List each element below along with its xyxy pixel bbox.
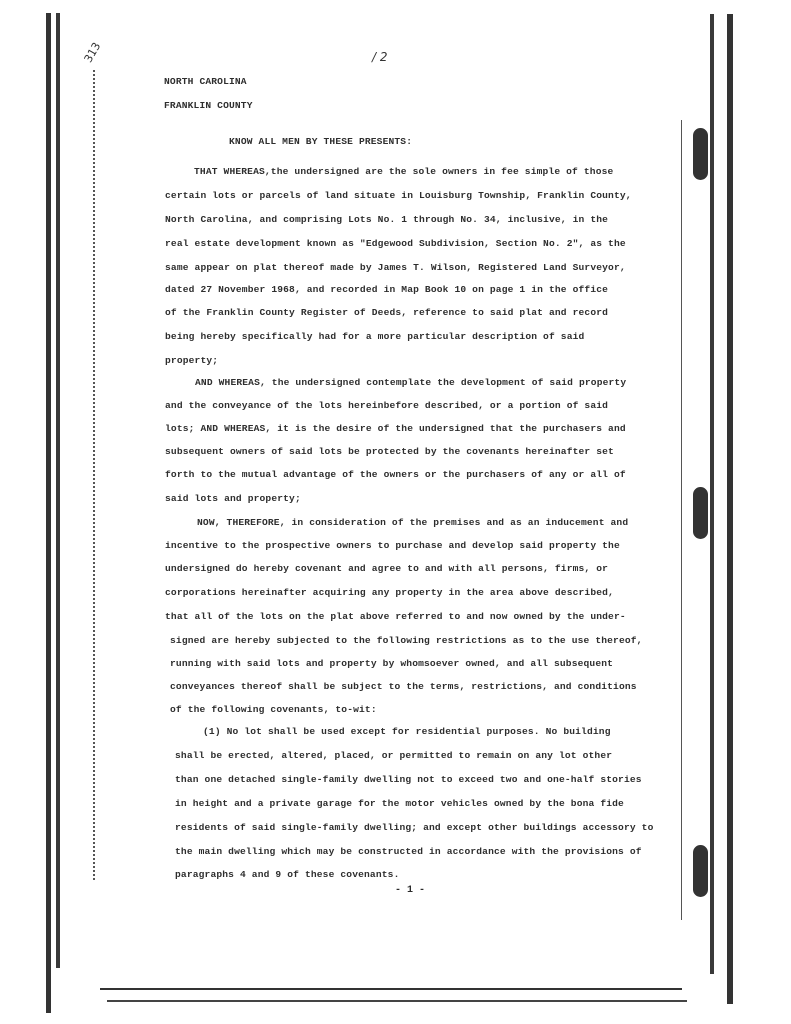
body-line: THAT WHEREAS,the undersigned are the sol… <box>194 166 613 177</box>
body-line: of the Franklin County Register of Deeds… <box>165 307 608 318</box>
covenant-1-line: shall be erected, altered, placed, or pe… <box>175 750 612 761</box>
body-line: subsequent owners of said lots be protec… <box>165 446 614 457</box>
body-line: property; <box>165 355 218 366</box>
body-line: running with said lots and property by w… <box>170 658 613 669</box>
body-line: lots; AND WHEREAS, it is the desire of t… <box>165 423 626 434</box>
body-line: that all of the lots on the plat above r… <box>165 611 626 622</box>
body-line: North Carolina, and comprising Lots No. … <box>165 214 608 225</box>
page-edge-right <box>681 120 682 920</box>
body-line: real estate development known as "Edgewo… <box>165 238 626 249</box>
page-number: - 1 - <box>395 885 425 896</box>
page-edge-left <box>93 70 95 880</box>
body-line: NOW, THEREFORE, in consideration of the … <box>197 517 628 528</box>
scanned-document-page: 313 / 2 NORTH CAROLINA FRANKLIN COUNTY K… <box>0 0 791 1024</box>
body-line: said lots and property; <box>165 493 301 504</box>
handwritten-page-mark: / 2 <box>372 50 388 64</box>
scan-border-right <box>727 14 733 1004</box>
punch-hole-mark <box>693 487 708 539</box>
covenant-1-line: (1) No lot shall be used except for resi… <box>203 726 611 737</box>
covenant-1-line: residents of said single-family dwelling… <box>175 822 653 833</box>
scan-border-left-inner <box>56 13 60 968</box>
covenant-1-line: the main dwelling which may be construct… <box>175 846 642 857</box>
body-line: being hereby specifically had for a more… <box>165 331 584 342</box>
covenant-1-line: than one detached single-family dwelling… <box>175 774 642 785</box>
body-line: corporations hereinafter acquiring any p… <box>165 587 614 598</box>
body-line: same appear on plat thereof made by Jame… <box>165 262 626 273</box>
body-line: conveyances thereof shall be subject to … <box>170 681 637 692</box>
document-title: KNOW ALL MEN BY THESE PRESENTS: <box>229 136 412 147</box>
header-state: NORTH CAROLINA <box>164 76 247 87</box>
body-line: forth to the mutual advantage of the own… <box>165 469 626 480</box>
body-line: incentive to the prospective owners to p… <box>165 540 620 551</box>
body-line: certain lots or parcels of land situate … <box>165 190 632 201</box>
header-county: FRANKLIN COUNTY <box>164 100 253 111</box>
scan-border-right-inner <box>710 14 714 974</box>
body-line: dated 27 November 1968, and recorded in … <box>165 284 608 295</box>
page-edge-bottom <box>100 988 682 990</box>
body-line: signed are hereby subjected to the follo… <box>170 635 643 646</box>
scan-border-bottom <box>107 1000 687 1002</box>
body-line: AND WHEREAS, the undersigned contemplate… <box>195 377 626 388</box>
body-line: undersigned do hereby covenant and agree… <box>165 563 608 574</box>
body-line: of the following covenants, to-wit: <box>170 704 377 715</box>
punch-hole-mark <box>693 845 708 897</box>
scan-border-left <box>46 13 51 1013</box>
covenant-1-line: paragraphs 4 and 9 of these covenants. <box>175 869 399 880</box>
margin-annotation: 313 <box>82 40 104 65</box>
covenant-1-line: in height and a private garage for the m… <box>175 798 624 809</box>
body-line: and the conveyance of the lots hereinbef… <box>165 400 608 411</box>
punch-hole-mark <box>693 128 708 180</box>
